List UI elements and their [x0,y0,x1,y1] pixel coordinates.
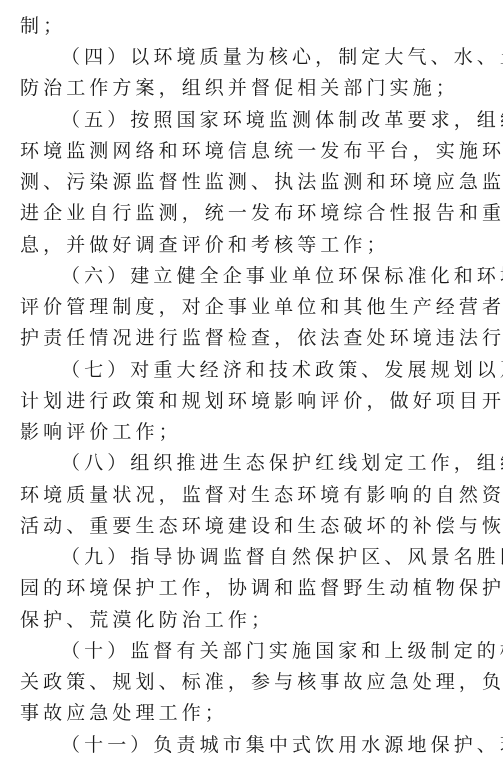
text-line: 计划进行政策和规划环境影响评价，做好项目开发建设环境 [20,389,490,413]
text-line: 活动、重要生态环境建设和生态破坏的补偿与恢复工作； [20,514,490,538]
text-line: 测、污染源监督性监测、执法监测和环境应急监测，全面推 [20,170,490,194]
text-line: 环境质量状况，监督对生态环境有影响的自然资源开发利用 [20,483,490,507]
text-line: 关政策、规划、标准，参与核事故应急处理，负责辐射环境 [20,670,490,694]
text-line: （十一）负责城市集中式饮用水源地保护、环境综合整 [61,733,503,757]
text-line: 防治工作方案，组织并督促相关部门实施； [20,76,490,100]
document-page: 制； （四）以环境质量为核心，制定大气、水、土壤等污染 防治工作方案，组织并督促… [0,0,503,767]
text-line: 事故应急处理工作； [20,701,490,725]
text-line: （十）监督有关部门实施国家和上级制定的核与辐射有 [61,639,503,663]
text-line: 进企业自行监测，统一发布环境综合性报告和重大环境信 [20,201,490,225]
text-line: 环境监测网络和环境信息统一发布平台，实施环境质量监 [20,139,490,163]
text-line: （七）对重大经济和技术政策、发展规划以及经济开发 [61,358,503,382]
text-line: （八）组织推进生态保护红线划定工作，组织评估生态 [61,451,503,475]
text-line: 评价管理制度，对企事业单位和其他生产经营者履行环境保 [20,295,490,319]
text-line: （五）按照国家环境监测体制改革要求，组织建设生态 [61,108,503,132]
text-line: 园的环境保护工作，协调和监督野生动植物保护、湿地环境 [20,576,490,600]
text-line: 护责任情况进行监督检查，依法查处环境违法行为； [20,326,490,350]
text-line: （四）以环境质量为核心，制定大气、水、土壤等污染 [61,45,503,69]
text-line: （九）指导协调监督自然保护区、风景名胜区、森林公 [61,545,503,569]
text-line: 保护、荒漠化防治工作； [20,608,490,632]
text-line: 息，并做好调查评价和考核等工作； [20,233,490,257]
text-line: （六）建立健全企事业单位环保标准化和环境行为信用 [61,264,503,288]
text-line: 影响评价工作； [20,420,490,444]
text-line: 制； [20,14,490,38]
